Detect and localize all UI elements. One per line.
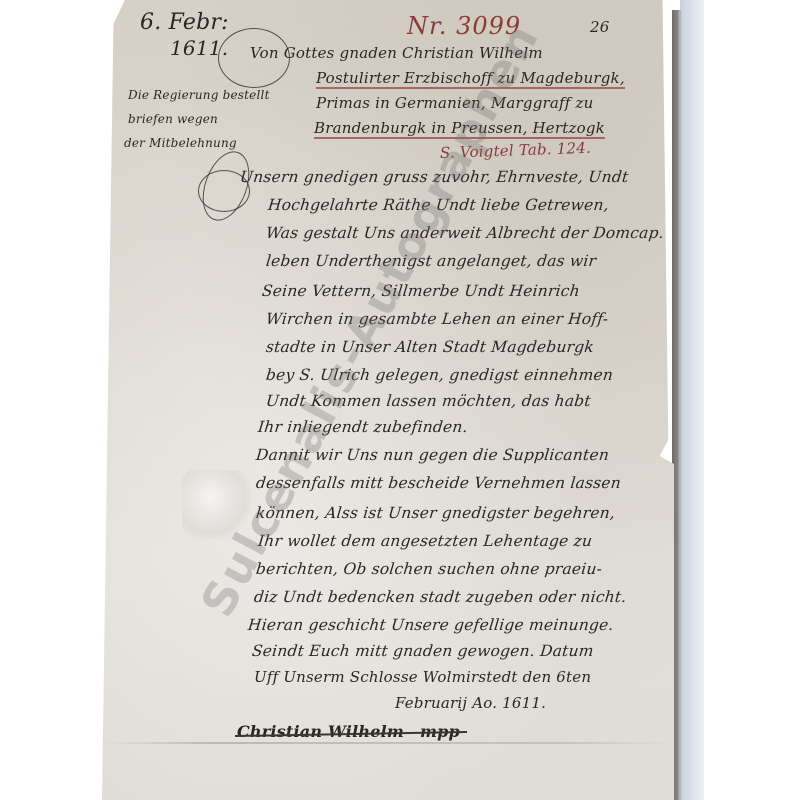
body-line: Seindt Euch mitt gnaden gewogen. Datum	[251, 642, 595, 660]
closing-line: Uff Unserm Schlosse Wolmirstedt den 6ten	[254, 668, 591, 686]
body-line: Ihr wollet dem angesetzten Lehentage zu	[257, 532, 593, 550]
backdrop-strip	[680, 0, 704, 800]
margin-note-line: der Mitbelehnung	[124, 136, 237, 150]
body-line: stadte in Unser Alten Stadt Magdeburgk	[265, 338, 595, 356]
body-line: Was gestalt Uns anderweit Albrecht der D…	[265, 224, 665, 242]
margin-date: 6. Febr:	[140, 10, 229, 36]
body-line: diz Undt bedencken stadt zugeben oder ni…	[253, 588, 627, 606]
fold-line	[102, 742, 674, 744]
margin-note-line: Die Regierung bestellt	[128, 88, 270, 102]
body-line: Seine Vettern, Sillmerbe Undt Heinrich	[261, 282, 581, 300]
body-line: Wirchen in gesambte Lehen an einer Hoff-	[265, 310, 609, 328]
body-line: Hieran geschicht Unsere gefellige meinun…	[247, 616, 615, 634]
margin-note-line: briefen wegen	[128, 112, 218, 126]
page-number: 26	[590, 18, 610, 36]
closing-line: Februarij Ao. 1611.	[395, 694, 546, 712]
document-photo: 6. Febr: 1611. Nr. 3099 26 Die Regierung…	[0, 0, 800, 800]
body-line: können, Alss ist Unser gnedigster begehr…	[255, 504, 616, 522]
body-line: berichten, Ob solchen suchen ohne praeiu…	[255, 560, 603, 578]
